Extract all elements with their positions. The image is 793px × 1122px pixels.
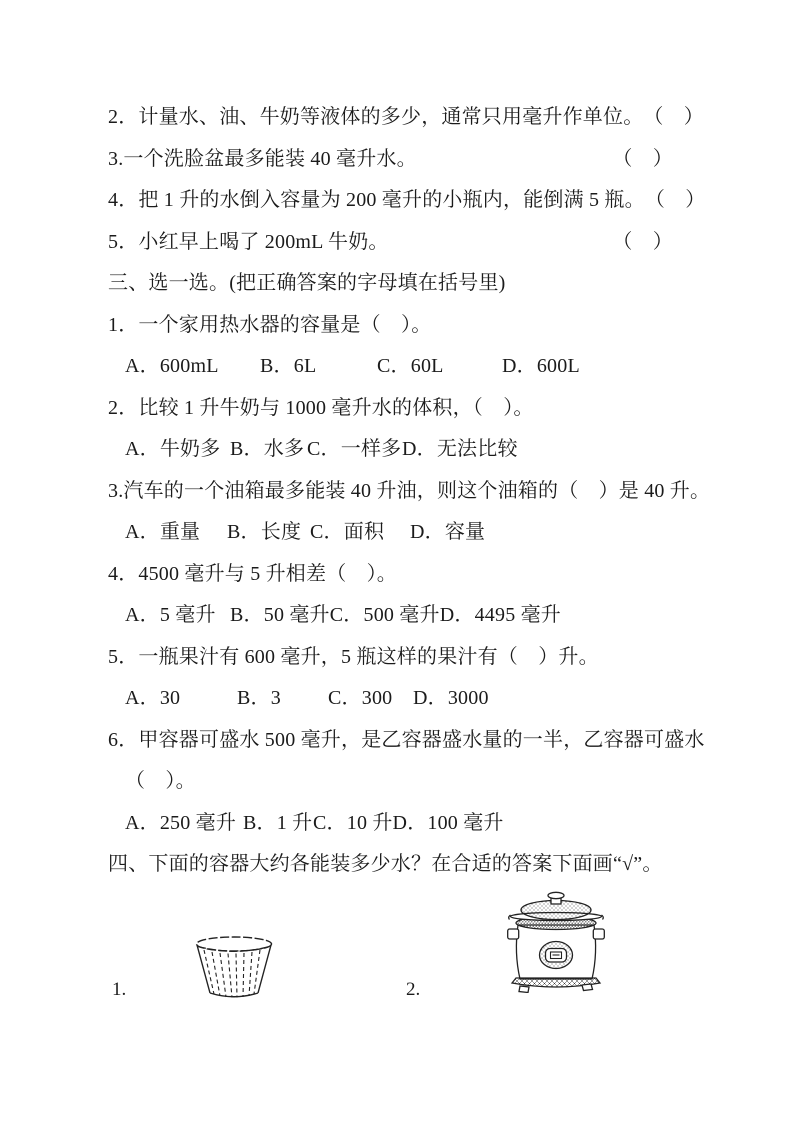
option-b: B．50 毫升: [230, 598, 330, 627]
option-b: B．6L: [260, 349, 377, 378]
question-text: 2．计量水、油、牛奶等液体的多少，通常只用毫升作单位。: [108, 100, 643, 129]
question-text: 3.一个洗脸盆最多能装 40 毫升水。: [108, 142, 417, 171]
worksheet-content: 2．计量水、油、牛奶等液体的多少，通常只用毫升作单位。 （ ） 3.一个洗脸盆最…: [108, 94, 673, 1010]
option-c: C．一样多: [307, 432, 402, 461]
option-d: D．无法比较: [402, 432, 518, 461]
question-text: 3.汽车的一个油箱最多能装 40 升油，则这个油箱的（ ）是 40 升。: [108, 468, 673, 510]
option-c: C．面积: [310, 515, 410, 544]
option-b: B．1 升: [243, 806, 313, 835]
option-a: A．牛奶多: [125, 432, 230, 461]
answer-bracket: （ ）: [612, 142, 673, 171]
option-a: A．5 毫升: [125, 598, 230, 627]
option-c: C．10 升: [313, 806, 393, 835]
options-row: A．30 B．3 C．300 D．3000: [108, 675, 673, 717]
option-d: D．4495 毫升: [440, 598, 561, 627]
options-row: A．250 毫升 B．1 升 C．10 升 D．100 毫升: [108, 800, 673, 842]
section-three-title: 三、选一选。(把正确答案的字母填在括号里): [108, 260, 673, 302]
options-row: A．600mL B．6L C．60L D．600L: [108, 343, 673, 385]
question-text: 5．一瓶果汁有 600 毫升，5 瓶这样的果汁有（ ）升。: [108, 634, 673, 676]
question-text: 6．甲容器可盛水 500 毫升，是乙容器盛水量的一半，乙容器可盛水: [108, 717, 673, 759]
option-a: A．30: [125, 681, 237, 710]
answer-bracket: （ ）: [612, 225, 673, 254]
rice-cooker-drawing: [507, 891, 605, 993]
true-false-row: 4．把 1 升的水倒入容量为 200 毫升的小瓶内，能倒满 5 瓶。 （ ）: [108, 177, 673, 219]
section-four-title: 四、下面的容器大约各能装多少水？在合适的答案下面画“√”。: [108, 841, 673, 883]
option-b: B．水多: [230, 432, 307, 461]
figure-label: 2.: [406, 979, 420, 1001]
true-false-row: 5．小红早上喝了 200mL 牛奶。 （ ）: [108, 219, 673, 261]
figures-row: 1. 2.: [108, 883, 673, 1010]
option-b: B．长度: [227, 515, 310, 544]
option-d: D．600L: [502, 349, 580, 378]
question-text: 1．一个家用热水器的容量是（ ）。: [108, 302, 673, 344]
bucket-drawing: [193, 935, 275, 1001]
options-row: A．牛奶多 B．水多 C．一样多 D．无法比较: [108, 426, 673, 468]
option-b: B．3: [237, 681, 328, 710]
question-text: 4．把 1 升的水倒入容量为 200 毫升的小瓶内，能倒满 5 瓶。: [108, 183, 645, 212]
option-d: D．100 毫升: [393, 806, 504, 835]
option-a: A．600mL: [125, 349, 260, 378]
options-row: A．重量 B．长度 C．面积 D．容量: [108, 509, 673, 551]
question-text: 2．比较 1 升牛奶与 1000 毫升水的体积，（ ）。: [108, 385, 673, 427]
option-a: A．250 毫升: [125, 806, 243, 835]
question-text: 4．4500 毫升与 5 升相差（ ）。: [108, 551, 673, 593]
figure-label: 1.: [112, 979, 126, 1001]
true-false-row: 3.一个洗脸盆最多能装 40 毫升水。 （ ）: [108, 136, 673, 178]
option-c: C．500 毫升: [330, 598, 440, 627]
option-d: D．3000: [413, 681, 489, 710]
question-continuation: （ ）。: [108, 758, 673, 800]
worksheet-page: { "colors": { "background": "#ffffff", "…: [0, 0, 793, 1122]
true-false-row: 2．计量水、油、牛奶等液体的多少，通常只用毫升作单位。 （ ）: [108, 94, 673, 136]
option-d: D．容量: [410, 515, 485, 544]
answer-bracket: （ ）: [643, 100, 704, 129]
question-text: 5．小红早上喝了 200mL 牛奶。: [108, 225, 389, 254]
option-c: C．60L: [377, 349, 502, 378]
option-a: A．重量: [125, 515, 227, 544]
answer-bracket: （ ）: [645, 183, 706, 212]
option-c: C．300: [328, 681, 413, 710]
options-row: A．5 毫升 B．50 毫升 C．500 毫升 D．4495 毫升: [108, 592, 673, 634]
